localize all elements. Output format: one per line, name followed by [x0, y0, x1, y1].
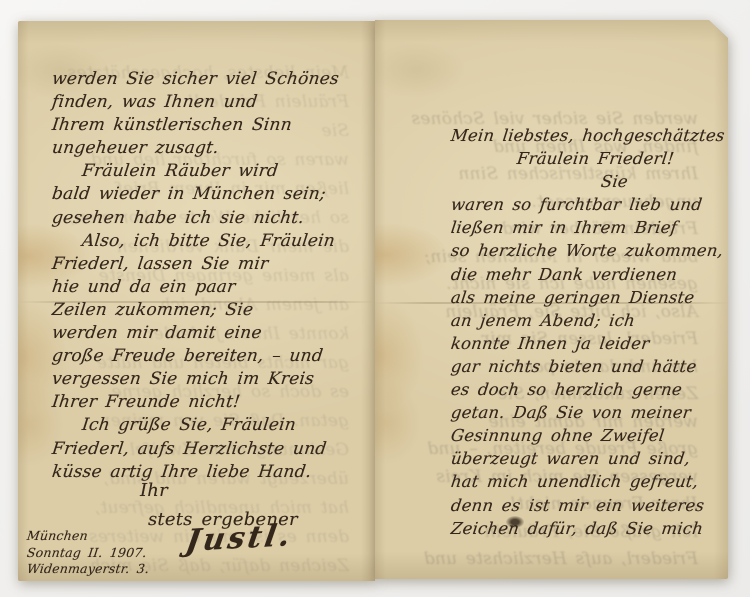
handwriting-line: finden, was Ihnen und: [51, 91, 370, 114]
handwriting-line: die mehr Dank verdienen: [450, 263, 725, 286]
handwriting-line: große Freude bereiten, – und: [51, 345, 370, 368]
handwriting-line: als meine geringen Dienste: [450, 286, 725, 309]
handwriting-line: Friederl, lassen Sie mir: [51, 253, 370, 276]
handwriting-line: an jenem Abend; ich: [450, 309, 725, 332]
handwriting-line: Gesinnung ohne Zweifel: [450, 424, 725, 447]
handwriting-line: Widenmayerstr. 3.: [26, 561, 150, 578]
dateline: MünchenSonntag II. 1907.Widenmayerstr. 3…: [27, 528, 149, 578]
handwriting-line: Also, ich bitte Sie, Fräulein: [51, 230, 370, 253]
letter-page-right: werden Sie sicher viel Schönesfinden, wa…: [375, 20, 728, 579]
handwriting-line: überzeugt waren und sind,: [450, 447, 725, 470]
handwriting-line: gar nichts bieten und hätte: [450, 355, 725, 378]
handwriting-line: hat mich unendlich gefreut,: [450, 470, 725, 493]
handwriting-line: bald wieder in München sein;: [51, 183, 370, 206]
ink-blot: [506, 516, 524, 528]
letter-scan: Mein liebstes, hochgeschätztesFräulein F…: [0, 0, 750, 597]
letter-page-right-wrap: werden Sie sicher viel Schönesfinden, wa…: [375, 20, 728, 579]
letter-body-right: Mein liebstes, hochgeschätztesFräulein F…: [451, 124, 723, 540]
handwriting-line: Zeichen dafür, daß Sie mich: [450, 517, 725, 540]
handwriting-line: Ihrer Freunde nicht!: [51, 391, 370, 414]
handwriting-line: Fräulein Friederl!: [450, 147, 725, 170]
letter-page-left: Mein liebstes, hochgeschätztesFräulein F…: [18, 21, 375, 581]
handwriting-line: Fräulein Räuber wird: [51, 160, 370, 183]
handwriting-line: gesehen habe ich sie nicht.: [51, 207, 370, 230]
handwriting-line: so herzliche Worte zukommen,: [450, 239, 725, 262]
handwriting-line: küsse artig Ihre liebe Hand.: [405, 574, 698, 580]
handwriting-line: waren so furchtbar lieb und: [450, 193, 725, 216]
handwriting-line: ließen mir in Ihrem Brief: [450, 216, 725, 239]
handwriting-line: werden Sie sicher viel Schönes: [51, 68, 370, 91]
handwriting-line: München: [26, 528, 150, 545]
handwriting-line: Sonntag II. 1907.: [26, 545, 150, 562]
handwriting-line: konnte Ihnen ja leider: [450, 332, 725, 355]
handwriting-line: denn es ist mir ein weiteres: [450, 494, 725, 517]
handwriting-line: Ihrem künstlerischen Sinn: [51, 114, 370, 137]
handwriting-line: vergessen Sie mich im Kreis: [51, 368, 370, 391]
handwriting-line: Mein liebstes, hochgeschätztes: [450, 124, 725, 147]
handwriting-line: werden mir damit eine: [51, 322, 370, 345]
handwriting-line: es doch so herzlich gerne: [450, 378, 725, 401]
handwriting-line: Ich grüße Sie, Fräulein: [51, 414, 370, 437]
handwriting-line: getan. Daß Sie von meiner: [450, 401, 725, 424]
handwriting-line: ungeheuer zusagt.: [51, 137, 370, 160]
handwriting-line: Friederl, aufs Herzlichste und: [405, 546, 698, 574]
closing-pre: Ihr: [140, 480, 168, 501]
handwriting-line: Zeilen zukommen; Sie: [51, 299, 370, 322]
handwriting-line: hie und da ein paar: [51, 276, 370, 299]
handwriting-line: Sie: [450, 170, 725, 193]
signature: Justl.: [183, 518, 295, 559]
letter-page-left-wrap: Mein liebstes, hochgeschätztesFräulein F…: [18, 21, 375, 581]
handwriting-line: küsse artig Ihre liebe Hand.: [51, 461, 370, 484]
handwriting-line: Friederl, aufs Herzlichste und: [51, 438, 370, 461]
letter-body-left: werden Sie sicher viel Schönesfinden, wa…: [52, 68, 368, 484]
